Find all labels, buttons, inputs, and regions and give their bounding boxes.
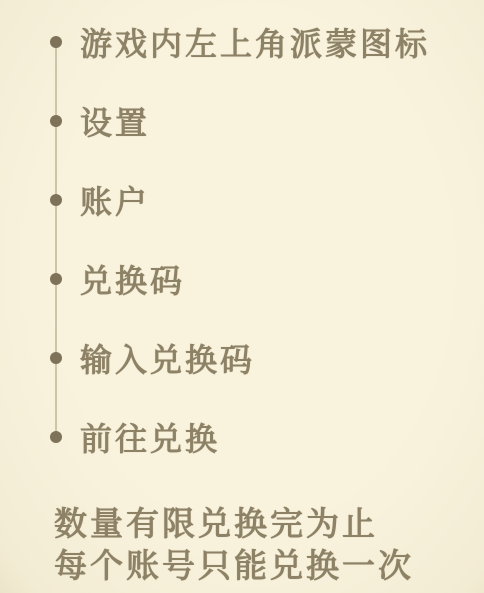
- step-label: 设置: [80, 98, 150, 144]
- step-item-enter-code: 输入兑换码: [0, 318, 484, 397]
- redeem-instructions-page: 游戏内左上角派蒙图标 设置 账户 兑换码 输入兑换码 前往兑换 数量有限兑换完为…: [0, 0, 484, 593]
- bullet-dot-icon: [50, 194, 62, 206]
- redeem-steps-list: 游戏内左上角派蒙图标 设置 账户 兑换码 输入兑换码 前往兑换: [0, 2, 484, 476]
- step-label: 账户: [80, 177, 150, 223]
- note-line-1: 数量有限兑换完为止: [54, 503, 414, 545]
- step-label: 游戏内左上角派蒙图标: [80, 19, 430, 65]
- bullet-dot-icon: [50, 115, 62, 127]
- step-label: 前往兑换: [80, 414, 220, 460]
- step-item-account: 账户: [0, 160, 484, 239]
- step-label: 输入兑换码: [80, 335, 255, 381]
- bullet-dot-icon: [50, 431, 62, 443]
- redeem-note: 数量有限兑换完为止 每个账号只能兑换一次: [54, 503, 414, 587]
- step-item-go-redeem: 前往兑换: [0, 397, 484, 476]
- step-item-paimon-menu: 游戏内左上角派蒙图标: [0, 2, 484, 81]
- step-label: 兑换码: [80, 256, 185, 302]
- bullet-dot-icon: [50, 273, 62, 285]
- step-item-redeem-code: 兑换码: [0, 239, 484, 318]
- note-line-2: 每个账号只能兑换一次: [54, 545, 414, 587]
- bullet-dot-icon: [50, 36, 62, 48]
- step-item-settings: 设置: [0, 81, 484, 160]
- bullet-dot-icon: [50, 352, 62, 364]
